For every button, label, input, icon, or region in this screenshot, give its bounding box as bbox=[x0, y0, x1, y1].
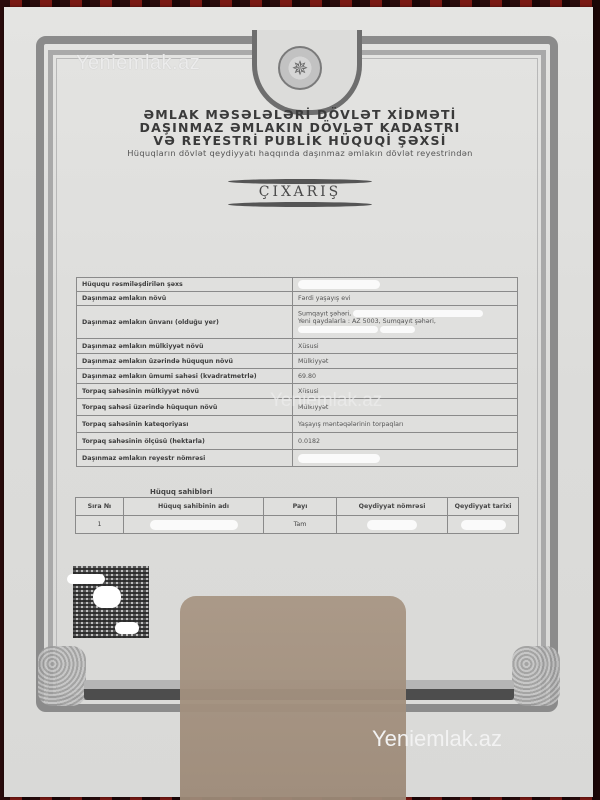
col-header: Hüquq sahibinin adı bbox=[124, 498, 264, 516]
cell-reg-date bbox=[448, 516, 519, 534]
row-value: 69.80 bbox=[293, 369, 518, 384]
row-value: Yaşayış məntəqələrinin torpaqları bbox=[293, 416, 518, 433]
redacted-value bbox=[353, 310, 483, 317]
table-row: Hüququ rəsmiləşdirilən şəxs bbox=[77, 278, 518, 292]
table-row: 1 Tam bbox=[76, 516, 519, 534]
row-value: Fərdi yaşayış evi bbox=[293, 292, 518, 306]
row-label: Daşınmaz əmlakın üzərində hüququn növü bbox=[77, 354, 293, 369]
document-title-block: ÇIXARIŞ bbox=[228, 174, 372, 208]
redaction-mark bbox=[67, 574, 105, 584]
cell-owner-name bbox=[124, 516, 264, 534]
row-label: Torpaq sahəsinin mülkiyyət növü bbox=[77, 384, 293, 399]
header-line-3: VƏ REYESTRİ PUBLİK HÜQUQİ ŞƏXSİ bbox=[0, 133, 600, 148]
address-line-1: Sumqayıt şəhəri, bbox=[298, 310, 351, 317]
table-row: Daşınmaz əmlakın reyestr nömrəsi bbox=[77, 450, 518, 467]
redacted-value bbox=[298, 326, 378, 333]
redacted-value bbox=[298, 454, 380, 463]
property-info-table: Hüququ rəsmiləşdirilən şəxs Daşınmaz əml… bbox=[76, 277, 518, 467]
row-value: Sumqayıt şəhəri, Yeni qaydalarla : AZ 50… bbox=[293, 306, 518, 339]
finger-occlusion bbox=[180, 596, 406, 800]
redacted-value bbox=[298, 280, 380, 289]
row-label: Daşınmaz əmlakın növü bbox=[77, 292, 293, 306]
table-row: Daşınmaz əmlakın ünvanı (olduğu yer) Sum… bbox=[77, 306, 518, 339]
owners-table-title: Hüquq sahibləri bbox=[150, 488, 213, 496]
title-ornament-bar bbox=[228, 202, 372, 207]
table-row: Torpaq sahəsinin ölçüsü (hektarla) 0.018… bbox=[77, 433, 518, 450]
redacted-value bbox=[380, 326, 415, 333]
row-label: Daşınmaz əmlakın mülkiyyət növü bbox=[77, 339, 293, 354]
row-label: Torpaq sahəsi üzərində hüququn növü bbox=[77, 399, 293, 416]
state-emblem-icon: ✵ bbox=[278, 46, 322, 90]
watermark-top: Yeniemlak.az bbox=[76, 52, 200, 75]
row-label: Torpaq sahəsinin kateqoriyası bbox=[77, 416, 293, 433]
row-label: Torpaq sahəsinin ölçüsü (hektarla) bbox=[77, 433, 293, 450]
table-row: Daşınmaz əmlakın növü Fərdi yaşayış evi bbox=[77, 292, 518, 306]
row-label: Daşınmaz əmlakın reyestr nömrəsi bbox=[77, 450, 293, 467]
corner-ornament-icon bbox=[512, 646, 560, 706]
cell-share: Tam bbox=[264, 516, 337, 534]
cell-reg-number bbox=[337, 516, 448, 534]
redaction-mark bbox=[115, 622, 139, 634]
redacted-value bbox=[461, 520, 506, 530]
table-row: Torpaq sahəsinin kateqoriyası Yaşayış mə… bbox=[77, 416, 518, 433]
redacted-value bbox=[367, 520, 417, 530]
col-header: Qeydiyyat nömrəsi bbox=[337, 498, 448, 516]
watermark-bottom: Yeniemlak.az bbox=[372, 726, 502, 752]
table-row: Daşınmaz əmlakın mülkiyyət növü Xüsusi bbox=[77, 339, 518, 354]
header-subtitle: Hüquqların dövlət qeydiyyatı haqqında da… bbox=[0, 148, 600, 158]
col-header: Payı bbox=[264, 498, 337, 516]
address-line-2: Yeni qaydalarla : AZ 5003, Sumqayıt şəhə… bbox=[298, 318, 436, 325]
cell-index: 1 bbox=[76, 516, 124, 534]
owners-table: Sıra № Hüquq sahibinin adı Payı Qeydiyya… bbox=[75, 497, 519, 534]
col-header: Sıra № bbox=[76, 498, 124, 516]
corner-ornament-icon bbox=[38, 646, 86, 706]
row-label: Daşınmaz əmlakın ünvanı (olduğu yer) bbox=[77, 306, 293, 339]
col-header: Qeydiyyat tarixi bbox=[448, 498, 519, 516]
row-value: 0.0182 bbox=[293, 433, 518, 450]
watermark-middle: Yeniemlak.az bbox=[270, 390, 382, 412]
row-label: Daşınmaz əmlakın ümumi sahəsi (kvadratme… bbox=[77, 369, 293, 384]
redaction-mark bbox=[93, 586, 121, 608]
owners-header-row: Sıra № Hüquq sahibinin adı Payı Qeydiyya… bbox=[76, 498, 519, 516]
row-value bbox=[293, 450, 518, 467]
row-value bbox=[293, 278, 518, 292]
row-value: Xüsusi bbox=[293, 339, 518, 354]
table-row: Daşınmaz əmlakın ümumi sahəsi (kvadratme… bbox=[77, 369, 518, 384]
redacted-value bbox=[150, 520, 238, 530]
row-value: Mülkiyyət bbox=[293, 354, 518, 369]
document-title: ÇIXARIŞ bbox=[228, 184, 372, 200]
row-label: Hüququ rəsmiləşdirilən şəxs bbox=[77, 278, 293, 292]
table-row: Daşınmaz əmlakın üzərində hüququn növü M… bbox=[77, 354, 518, 369]
qr-code-icon bbox=[73, 566, 149, 638]
